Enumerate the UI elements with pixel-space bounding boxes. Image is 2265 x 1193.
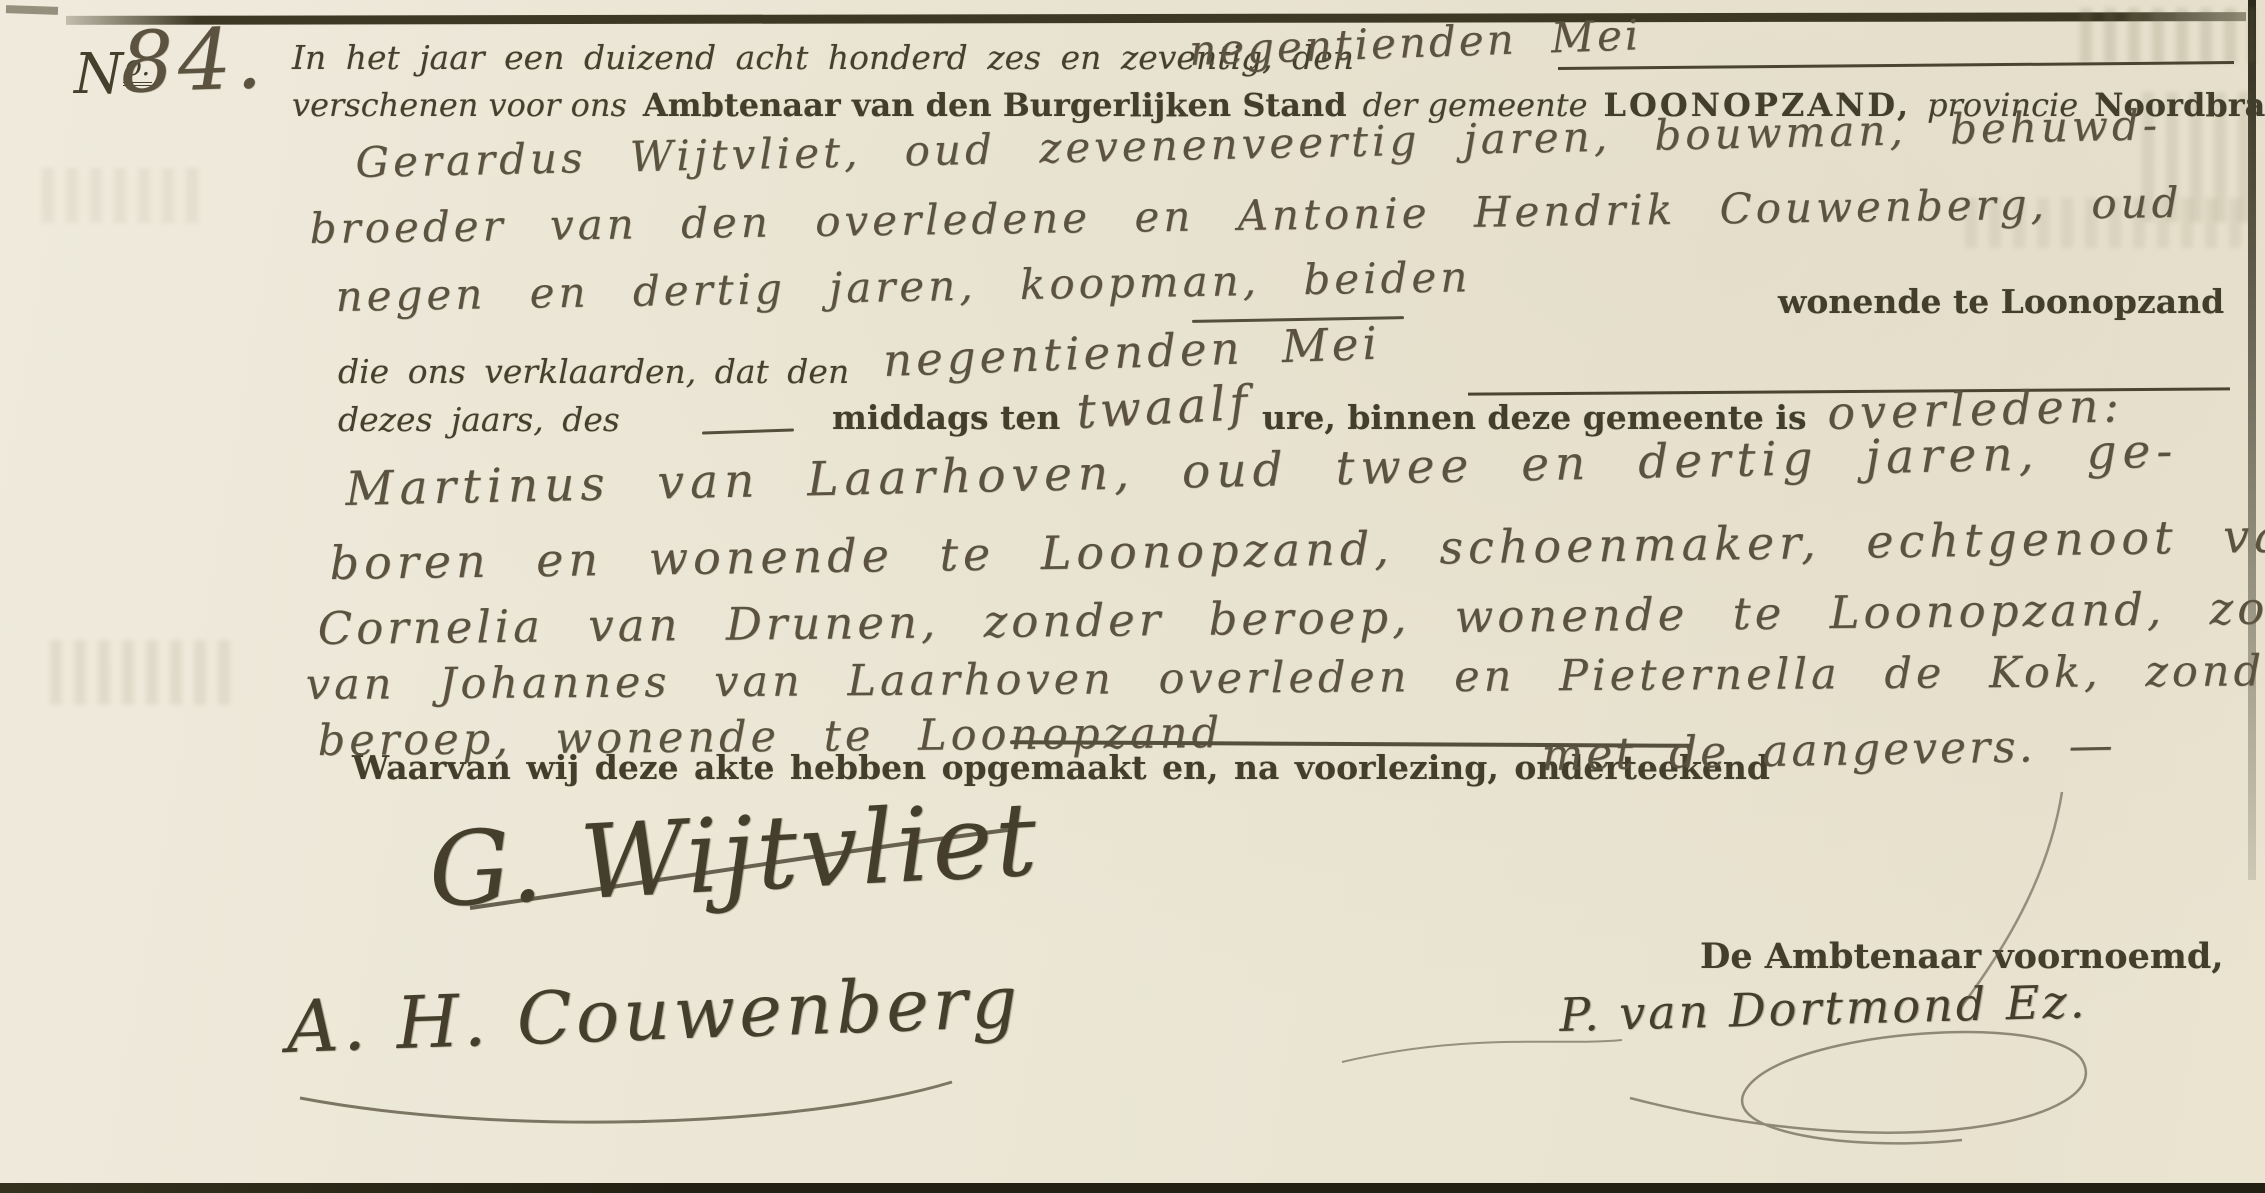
registrar-line-appeared: verschenen voor ons: [292, 86, 627, 124]
death-record-scan: No. 84. In het jaar een duizend acht hon…: [0, 0, 2265, 1193]
official-signature-label: De Ambtenaar voornoemd,: [1700, 936, 2224, 977]
signature-official: P. van Dortmond Ez.: [1559, 974, 2088, 1042]
handwritten-hour: twaalf: [1075, 375, 1252, 440]
deceased-line-3: Cornelia van Drunen, zonder beroep, wone…: [317, 581, 2265, 655]
preprinted-time-a: dezes jaars, des: [338, 400, 620, 439]
bleed-through-ghost: [50, 640, 240, 705]
preprinted-time-b: middags ten: [832, 398, 1060, 437]
handwritten-closing: met de aangevers. —: [1541, 720, 2116, 781]
top-left-edge-mark: [6, 5, 58, 15]
declarants-line-3: negen en dertig jaren, koopman, beiden: [335, 252, 1472, 321]
preprinted-residence: wonende te Loonopzand: [1778, 282, 2224, 321]
deceased-line-2: boren en wonende te Loonopzand, schoenma…: [329, 508, 2265, 590]
time-dash-stroke: [702, 428, 794, 434]
bleed-through-ghost: [42, 168, 207, 223]
bottom-page-edge: [0, 1183, 2265, 1193]
bleed-through-ghost: [2080, 8, 2255, 63]
record-number-label-n: N: [74, 42, 123, 107]
preprinted-declared-that: die ons verklaarden, dat den: [338, 352, 849, 391]
top-border-rule: [66, 12, 2246, 25]
preprinted-time-c: ure, binnen deze gemeente is: [1262, 398, 1807, 437]
blank-line-rule: [1558, 61, 2234, 70]
handwritten-death-date: negentienden Mei: [882, 317, 1381, 387]
registrar-line-office: Ambtenaar van den Burgerlijken Stand: [643, 86, 1347, 124]
signature-declarant-2: A. H. Couwenberg: [285, 959, 1022, 1069]
declarants-line-2: broeder van den overledene en Antonie He…: [309, 178, 2183, 253]
deceased-line-4: van Johannes van Laarhoven overleden en …: [306, 646, 2265, 710]
record-number-value: 84.: [119, 9, 268, 112]
signature-declarant-1: G. Wijtvliet: [426, 780, 1043, 931]
